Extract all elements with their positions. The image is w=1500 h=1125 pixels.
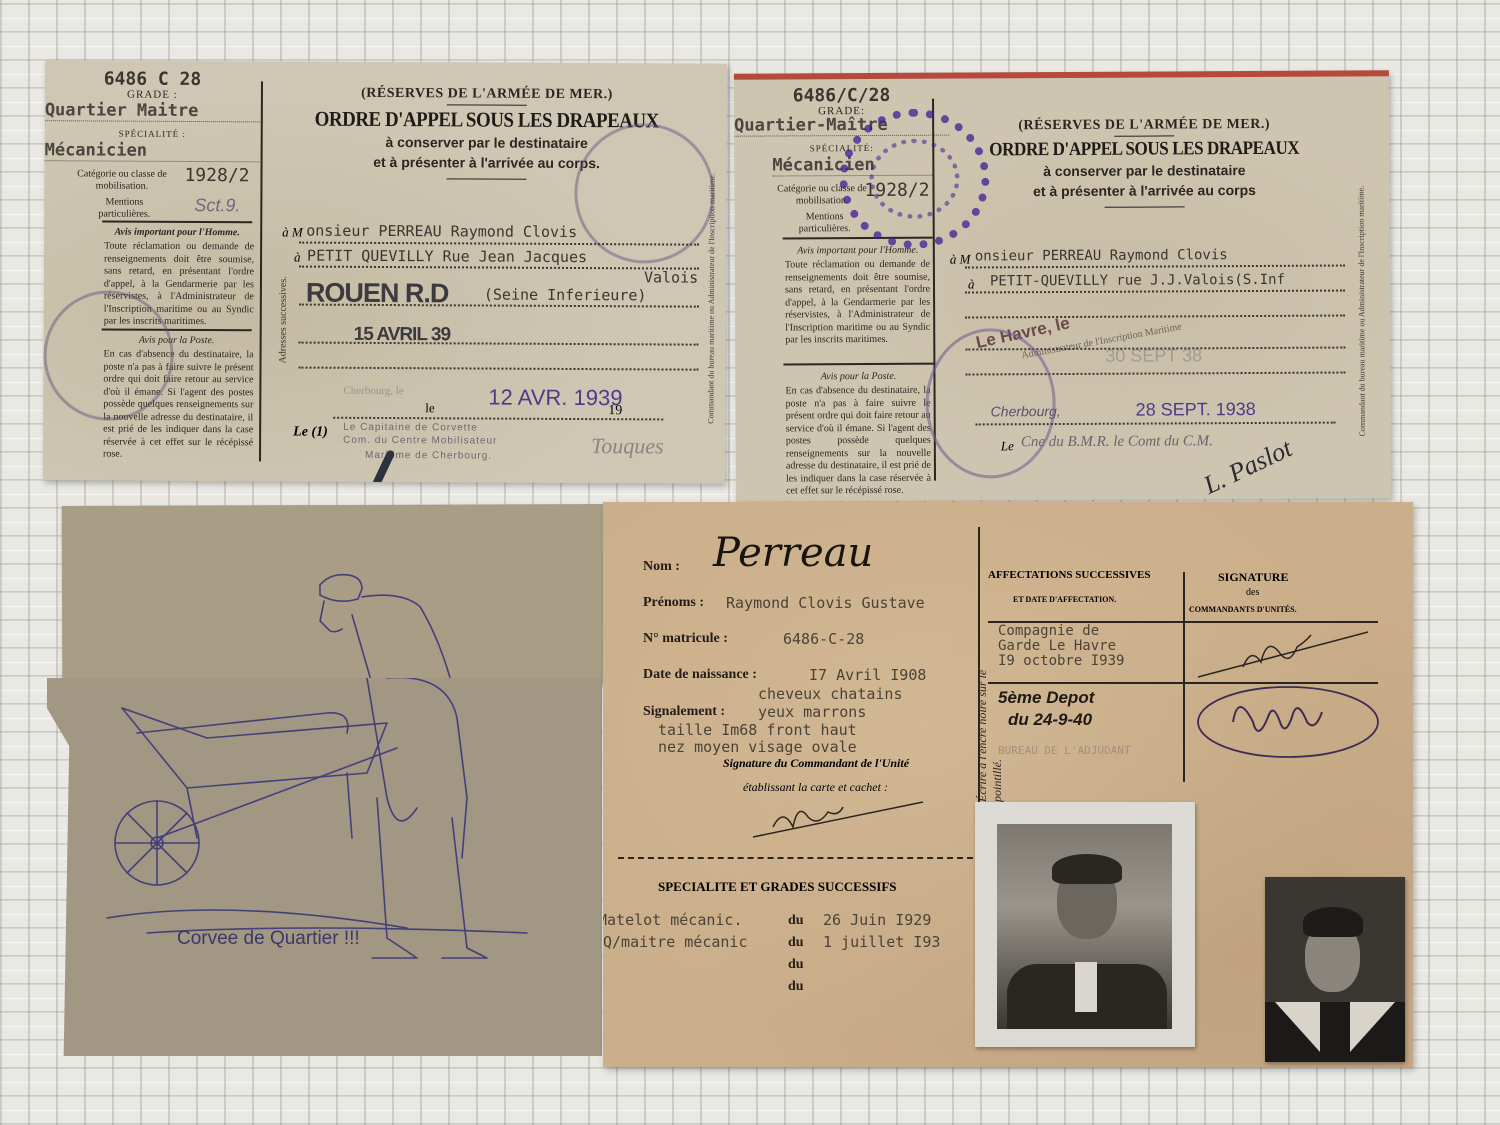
specialite-grade: Matelot mécanic. — [603, 911, 743, 929]
header-reserves: (RÉSERVES DE L'ARMÉE DE MER.) — [939, 116, 1349, 134]
mentions-value: Sct.9. — [194, 195, 240, 216]
divider — [618, 857, 973, 859]
naissance-label: Date de naissance : — [643, 667, 757, 683]
divider — [783, 363, 933, 366]
le-signature-label: Le (1) — [293, 425, 328, 441]
affectation-line: 5ème Depot — [998, 687, 1094, 709]
signature-label-1: Signature du Commandant de l'Unité — [723, 756, 909, 771]
avis-homme-title: Avis important pour l'Homme. — [102, 227, 252, 239]
photo-image — [997, 824, 1172, 1029]
affectations-subtitle: ET DATE D'AFFECTATION. — [1013, 595, 1116, 604]
header-rule — [447, 104, 527, 105]
year-prefix: 19 — [608, 403, 622, 419]
address-line-2: Valois — [644, 268, 698, 286]
signalement-label: Signalement : — [643, 704, 725, 720]
signer-line-1: Le Capitaine de Corvette — [343, 422, 478, 434]
affectation-2-signature — [1193, 682, 1383, 772]
signalement-line: cheveux chatains — [758, 685, 903, 703]
naissance-value: I7 Avril I908 — [809, 666, 926, 684]
military-id-card: Nom : Perreau Prénoms : Raymond Clovis G… — [603, 502, 1413, 1067]
card-left-column: 6486 C 28 GRADE : Quartier Maitre SPÉCIA… — [43, 60, 260, 481]
postmark-stamp — [43, 290, 174, 421]
address-line-1: PETIT QUEVILLY Rue Jean Jacques — [307, 247, 587, 266]
avis-poste-title: Avis pour la Poste. — [783, 371, 933, 383]
signature-col-des: des — [1246, 587, 1259, 598]
header-reserves: (RÉSERVES DE L'ARMÉE DE MER.) — [267, 85, 707, 103]
affectation-line: I9 octobre I939 — [998, 654, 1124, 669]
grade-label: GRADE : — [45, 88, 260, 101]
drawing-caption: Corvee de Quartier !!! — [177, 928, 360, 950]
date-stamp: 28 SEPT. 1938 — [1136, 399, 1256, 421]
dotted-line — [965, 265, 1345, 269]
drawing-front-sheet: Corvee de Quartier !!! — [47, 678, 602, 1056]
dotted-line — [298, 367, 698, 371]
categorie-label: Catégorie ou classe de mobilisation. — [64, 168, 179, 193]
prenoms-label: Prénoms : — [643, 595, 704, 611]
avis-homme-text: Toute réclamation ou demande de renseign… — [785, 259, 930, 347]
affectation-line: du 24-9-40 — [998, 709, 1094, 731]
header-title: ORDRE D'APPEL SOUS LES DRAPEAUX — [960, 138, 1329, 162]
matricule-number: 6486/C/28 — [734, 85, 949, 107]
du-label: du — [788, 935, 804, 951]
du-label: du — [788, 957, 804, 973]
le-signature-label: Le — [1001, 438, 1014, 454]
wheelbarrow-sailor-drawing — [47, 678, 602, 1056]
addressee-name: onsieur PERREAU Raymond Clovis — [306, 222, 577, 241]
signer: Cne du B.M.R. le Comt du C.M. — [1021, 433, 1213, 451]
specialite-value: Mécanicien — [45, 140, 260, 162]
addressee-prefix: à M — [950, 251, 971, 267]
signature: L. Paslot — [1199, 433, 1297, 500]
nom-value: Perreau — [713, 530, 873, 576]
sailor-head-drawing — [62, 504, 608, 686]
signalement-line: taille Im68 front haut — [658, 721, 857, 739]
commander-signature — [743, 797, 943, 847]
column-rule — [1183, 572, 1185, 782]
portrait-photo-sailor — [1265, 877, 1405, 1062]
specialites-title: SPECIALITE ET GRADES SUCCESSIFS — [658, 879, 897, 895]
specialite-grade: Q/maitre mécanic — [603, 933, 748, 951]
matricule-value: 6486-C-28 — [783, 630, 864, 648]
signature-col-sub: COMMANDANTS D'UNITÉS. — [1189, 605, 1297, 614]
adresses-label: Adresses successives. — [278, 253, 290, 363]
date-stamp: 12 AVR. 1939 — [488, 385, 622, 412]
mentions-label: Mentions particulières. — [84, 196, 164, 220]
signalement-line: nez moyen visage ovale — [658, 738, 857, 756]
signature-col-title: SIGNATURE — [1218, 570, 1288, 585]
hair — [1303, 907, 1363, 937]
du-label: du — [788, 979, 804, 995]
place-stamp: Cherbourg, le — [343, 385, 403, 397]
affectation-line: Garde Le Havre — [998, 639, 1124, 654]
dotted-line — [333, 417, 663, 421]
affectations-title: AFFECTATIONS SUCCESSIVES — [988, 569, 1151, 581]
le-label: le — [425, 400, 434, 416]
dotted-line — [299, 266, 699, 270]
signature-label-2: établissant la carte et cachet : — [743, 780, 888, 795]
dotted-line — [965, 290, 1345, 294]
specialite-date: 26 Juin I929 — [823, 911, 931, 929]
header-rule — [446, 178, 526, 179]
affectation-2: 5ème Depot du 24-9-40 — [998, 687, 1094, 731]
header-rule — [1105, 206, 1185, 207]
drawing-back-sheet — [62, 504, 608, 686]
side-text: Commandant du bureau maritime ou Adminis… — [706, 94, 717, 424]
address-prefix: à — [294, 250, 301, 266]
matricule-number: 6486 C 28 — [45, 68, 260, 90]
portrait-photo-civilian — [975, 802, 1195, 1047]
faded-stamp: BUREAU DE L'ADJUDANT — [998, 744, 1130, 757]
address-prefix: à — [968, 276, 975, 292]
specialite-label: SPÉCIALITÉ : — [45, 128, 260, 139]
grade-value: Quartier Maitre — [45, 100, 260, 122]
header-sub-2: et à présenter à l'arrivée au corps — [939, 179, 1349, 201]
signalement-line: yeux marrons — [758, 703, 866, 721]
avis-poste-text: En cas d'absence du destinataire, la pos… — [786, 385, 932, 498]
affectation-1-signature — [1193, 622, 1383, 682]
address-line-3: (Seine Inferieure) — [484, 286, 647, 305]
side-text: Commandant du bureau maritime ou Adminis… — [1356, 116, 1367, 436]
affectation-line: Compagnie de — [998, 624, 1124, 639]
header-sub-1: à conserver par le destinataire — [939, 159, 1349, 181]
nom-label: Nom : — [643, 559, 680, 575]
hair — [1052, 854, 1122, 884]
categorie-value: 1928/2 — [184, 165, 249, 186]
place: Cherbourg, — [991, 403, 1061, 419]
signer-line-2: Com. du Centre Mobilisateur — [343, 435, 497, 447]
addressee-name: onsieur PERREAU Raymond Clovis — [975, 247, 1228, 264]
header-rule — [1114, 135, 1174, 136]
call-up-order-1939: 6486 C 28 GRADE : Quartier Maitre SPÉCIA… — [43, 60, 727, 484]
signature: Touques — [591, 433, 664, 459]
du-label: du — [788, 913, 804, 929]
matricule-label: N° matricule : — [643, 631, 728, 647]
specialite-date: 1 juillet I93 — [823, 933, 940, 951]
addressee-prefix: à M — [282, 224, 303, 240]
address-line-1: PETIT-QUEVILLY rue J.J.Valois(S.Inf — [990, 272, 1285, 290]
collar — [1075, 962, 1097, 1012]
prenoms-value: Raymond Clovis Gustave — [726, 594, 925, 612]
dotted-line — [965, 315, 1345, 319]
divider — [102, 221, 252, 224]
affectation-1: Compagnie de Garde Le Havre I9 octobre I… — [998, 624, 1124, 669]
call-up-order-1938: 6486/C/28 GRADE: Quartier-Maître SPÉCIAL… — [734, 70, 1391, 501]
